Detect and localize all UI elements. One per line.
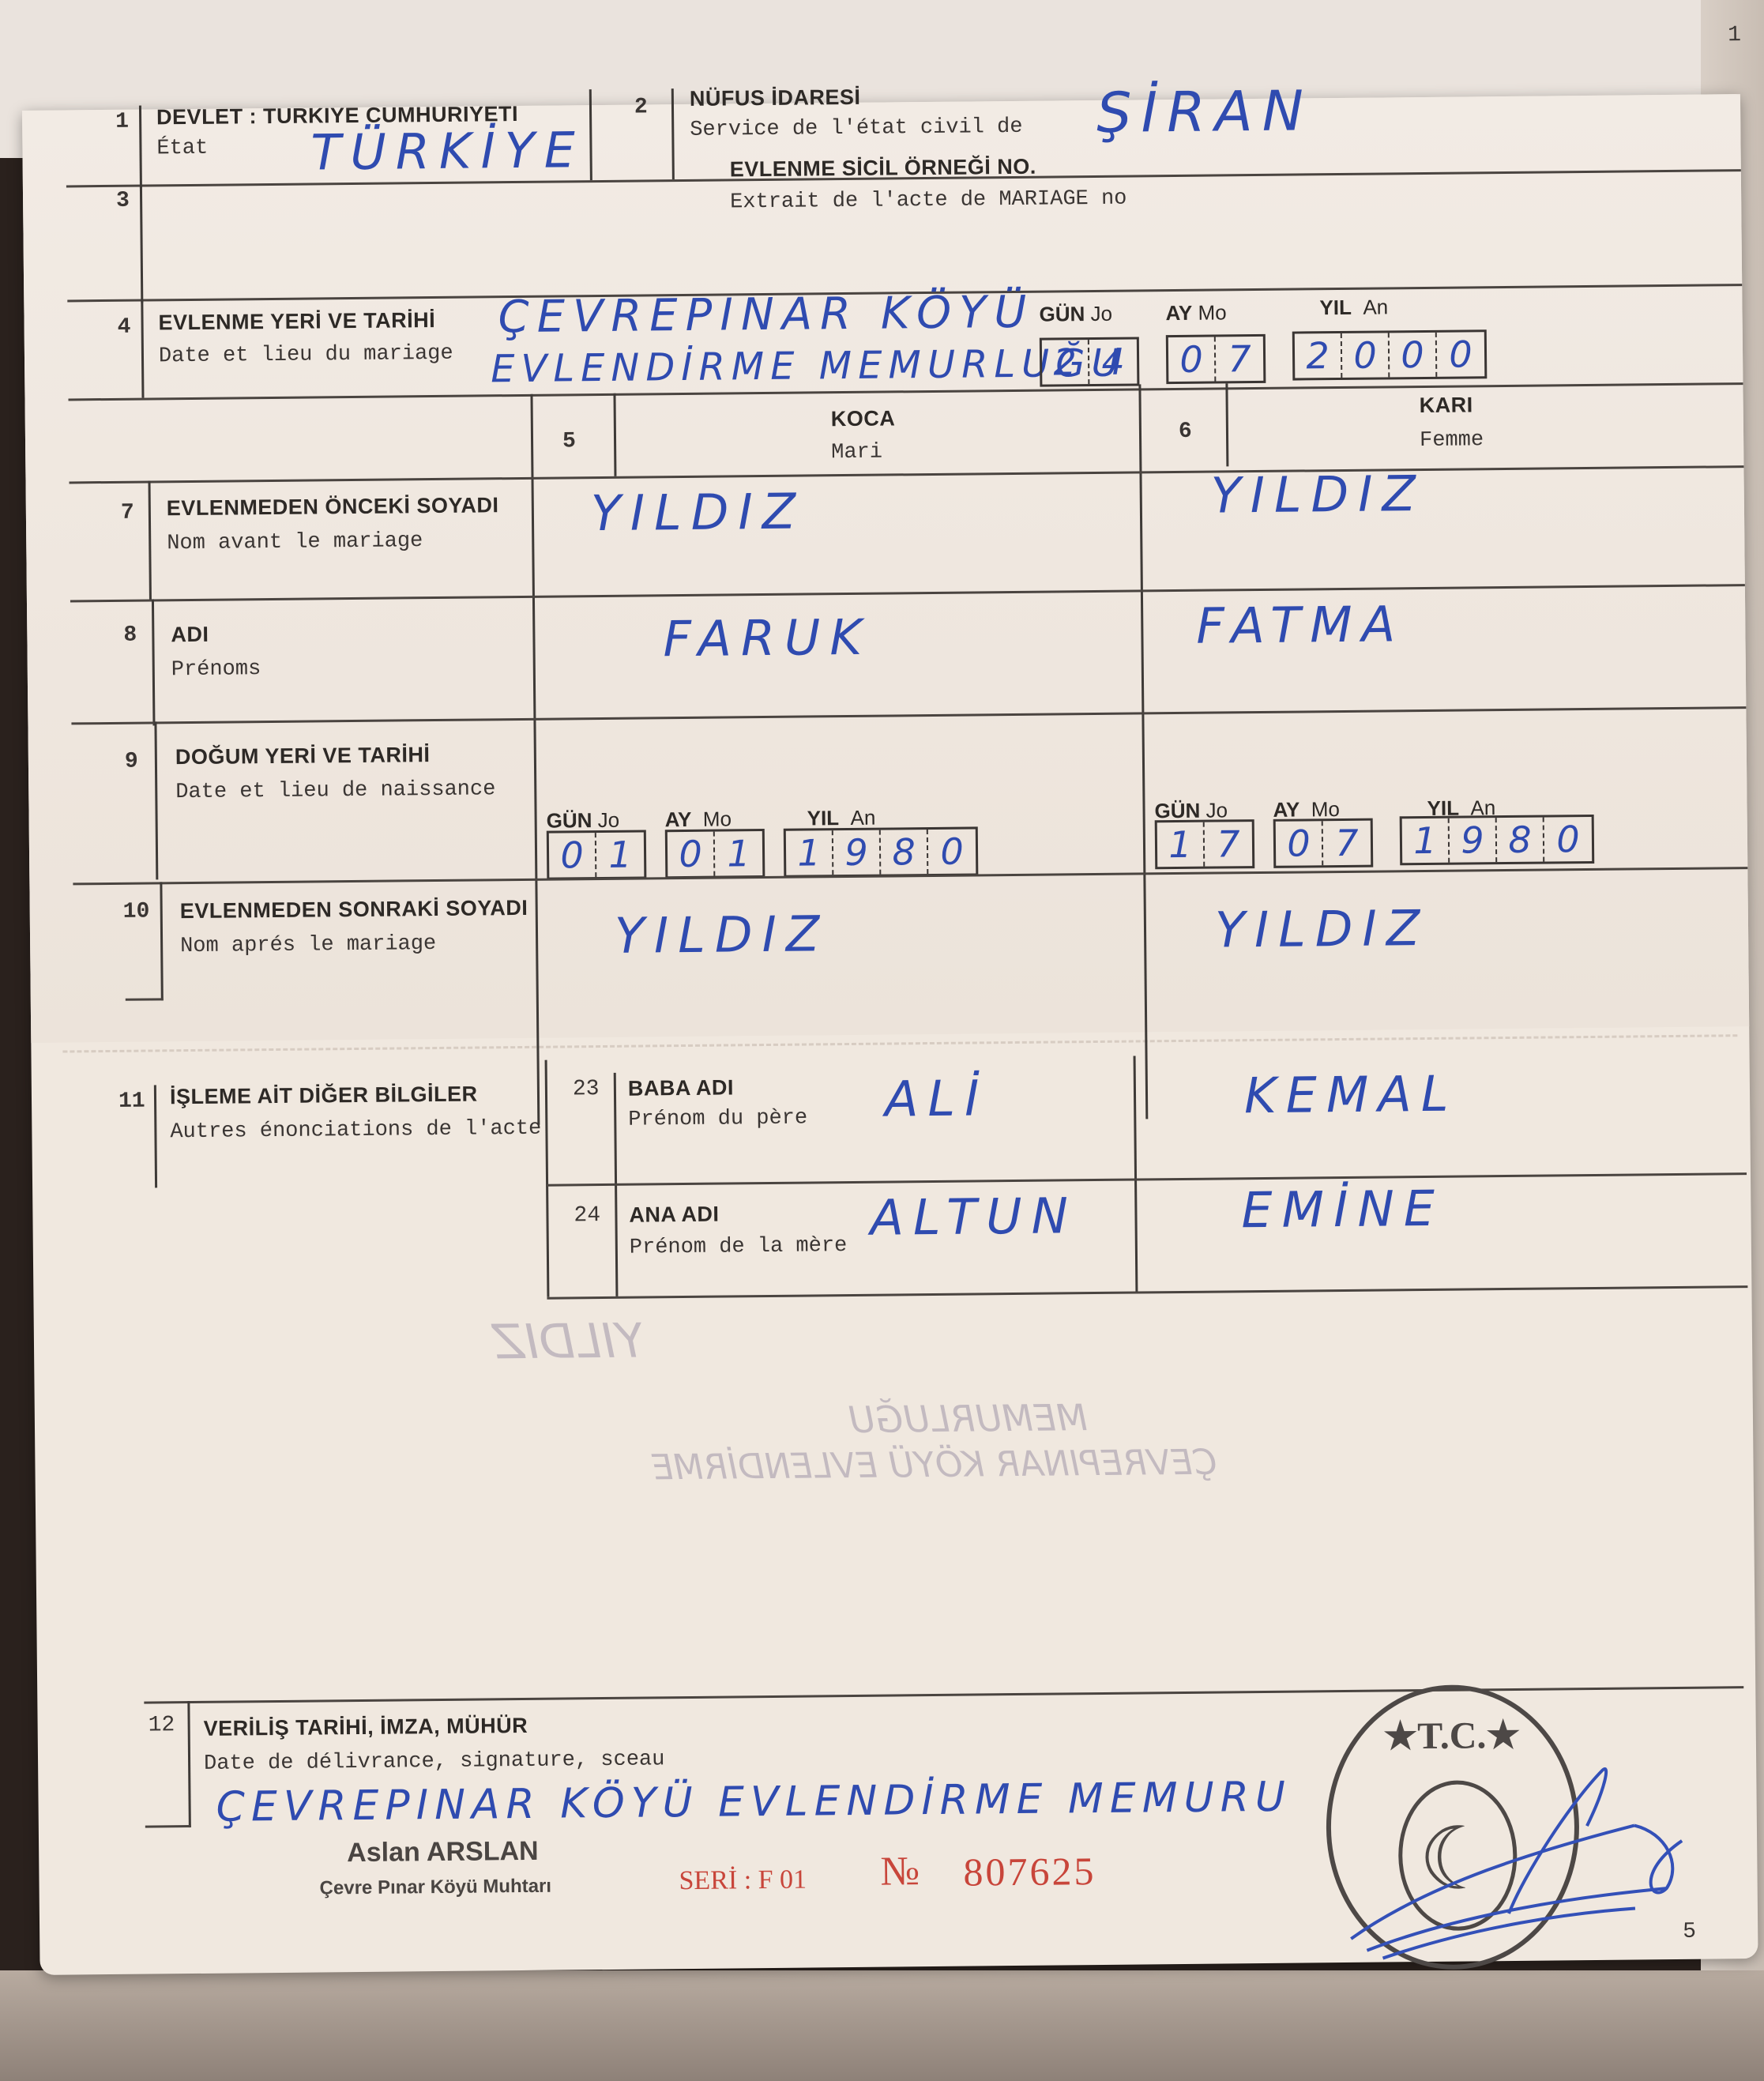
column6-label-fr: Femme (1420, 428, 1484, 453)
field10-label-tr: EVLENMEDEN SONRAKİ SOYADI (180, 896, 528, 924)
marriage-date-header-month: AY Mo (1165, 300, 1226, 326)
field7-number: 7 (121, 501, 134, 525)
divider (545, 1060, 550, 1297)
field10-husband-value: YILDIZ (615, 905, 829, 965)
divider (1134, 1056, 1138, 1293)
field8-husband-value: FARUK (663, 608, 871, 668)
serial-series: SERİ : F 01 (679, 1865, 807, 1897)
marriage-certificate-document: 1 DEVLET : TURKIYE CUMHURIYETI État TÜRK… (22, 94, 1758, 1975)
wife-birth-year: 1 9 8 0 (1400, 815, 1595, 865)
corner-bracket (126, 998, 164, 1000)
wife-birth-day: 1 7 (1155, 819, 1255, 869)
field1-label-fr: État (156, 137, 208, 161)
row-divider (546, 1172, 1747, 1187)
field4-number: 4 (117, 315, 130, 340)
field2-value-registry-office: ŞİRAN (1096, 78, 1314, 145)
husband-birth-month: 0 1 (665, 829, 765, 879)
column6-label-tr: KARI (1420, 393, 1473, 418)
field4-label-tr: EVLENME YERİ VE TARİHİ (158, 308, 435, 335)
field24-wife-value: EMİNE (1241, 1180, 1444, 1239)
marriage-date-header-day: GÜN Jo (1039, 302, 1112, 327)
field12-number: 12 (148, 1713, 175, 1737)
field7-wife-value: YILDIZ (1210, 465, 1425, 525)
field10-number: 10 (123, 899, 150, 924)
field8-number: 8 (123, 623, 137, 648)
field10-wife-value: YILDIZ (1215, 899, 1430, 959)
field11-label-tr: İŞLEME AİT DİĞER BİLGİLER (170, 1082, 478, 1110)
page-mark-top: 1 (1728, 23, 1741, 47)
bleed-through-text: YILDIZ (492, 1314, 645, 1371)
field8-label-tr: ADI (171, 623, 209, 647)
marriage-date-year: 2 0 0 0 (1292, 329, 1488, 380)
marriage-date-day: 2 4 (1040, 337, 1140, 386)
field23-number: 23 (573, 1077, 600, 1101)
field9-label-fr: Date et lieu de naissance (175, 777, 495, 804)
field4-place-line1: ÇEVREPINAR KÖYÜ (498, 287, 1034, 344)
column5-label-fr: Mari (831, 441, 882, 465)
field9-number: 9 (125, 750, 138, 774)
field12-label-fr: Date de délivrance, signature, sceau (204, 1748, 665, 1776)
field23-wife-value: KEMAL (1244, 1065, 1458, 1125)
field2-number: 2 (634, 95, 648, 119)
official-name: Aslan ARSLAN (347, 1836, 539, 1868)
field7-husband-value: YILDIZ (591, 483, 806, 543)
field2-label-fr: Service de l'état civil de (690, 115, 1023, 142)
marriage-date-header-year: YIL An (1319, 295, 1388, 320)
divider (154, 1085, 157, 1187)
column6-number: 6 (1179, 420, 1192, 444)
page-mark-bottom: 5 (1683, 1920, 1696, 1944)
bleed-through-text: ÇEVREPINAR KÖYÜ EVLENDİRME (651, 1443, 1217, 1488)
field11-label-fr: Autres énonciations de l'acte (170, 1117, 541, 1145)
serial-no-symbol: № (880, 1848, 920, 1895)
field23-husband-value: ALİ (885, 1069, 989, 1127)
corner-bracket (145, 1825, 191, 1828)
field1-value-state: TÜRKİYE (310, 121, 585, 181)
field7-label-tr: EVLENMEDEN ÖNCEKİ SOYADI (167, 493, 499, 521)
field3-label-fr: Extrait de l'acte de MARIAGE no (730, 187, 1127, 215)
field23-label-tr: BABA ADI (628, 1075, 734, 1101)
field3-number: 3 (116, 189, 130, 213)
wife-birth-month: 0 7 (1273, 818, 1374, 868)
field2-label-tr: NÜFUS İDARESİ (690, 85, 861, 111)
field3-label-tr: EVLENME SİCİL ÖRNEĞİ NO. (730, 155, 1036, 183)
husband-birth-day: 0 1 (547, 830, 647, 879)
field7-label-fr: Nom avant le mariage (167, 529, 423, 555)
field24-number: 24 (574, 1203, 600, 1228)
field8-label-fr: Prénoms (171, 657, 261, 682)
field4-label-fr: Date et lieu du mariage (159, 342, 453, 369)
husband-birth-header-day: GÜN Jo (547, 808, 620, 834)
field11-number: 11 (118, 1089, 145, 1114)
column5-label-tr: KOCA (831, 406, 896, 431)
column5-number: 5 (562, 429, 576, 453)
field23-label-fr: Prénom du père (628, 1107, 807, 1132)
field1-number: 1 (115, 110, 129, 134)
field4-place-line2: EVLENDİRME MEMURLUĞU (491, 341, 1126, 392)
husband-birth-header-month: AY Mo (665, 807, 732, 832)
signature (1333, 1753, 1730, 1962)
field12-label-tr: VERİLİŞ TARİHİ, İMZA, MÜHÜR (204, 1714, 528, 1741)
divider (187, 1701, 191, 1827)
row-divider (547, 1285, 1747, 1300)
field12-issuer-value: ÇEVREPINAR KÖYÜ EVLENDİRME MEMURU (216, 1774, 1292, 1831)
background-bottom (0, 1970, 1764, 2081)
field8-wife-value: FATMA (1196, 595, 1405, 655)
field24-label-tr: ANA ADI (629, 1202, 719, 1228)
husband-birth-year: 1 9 8 0 (784, 826, 979, 877)
field9-label-tr: DOĞUM YERİ VE TARİHİ (175, 743, 431, 770)
husband-birth-header-year: YIL An (807, 806, 875, 831)
marriage-date-month: 0 7 (1166, 334, 1266, 384)
field10-label-fr: Nom aprés le mariage (180, 932, 436, 958)
official-title: Çevre Pınar Köyü Muhtarı (319, 1876, 551, 1900)
field24-husband-value: ALTUN (870, 1187, 1078, 1247)
serial-number: 807625 (963, 1848, 1096, 1895)
bleed-through-text: MEMURLUĞU (848, 1396, 1088, 1441)
field24-label-fr: Prénom de la mère (630, 1234, 848, 1260)
